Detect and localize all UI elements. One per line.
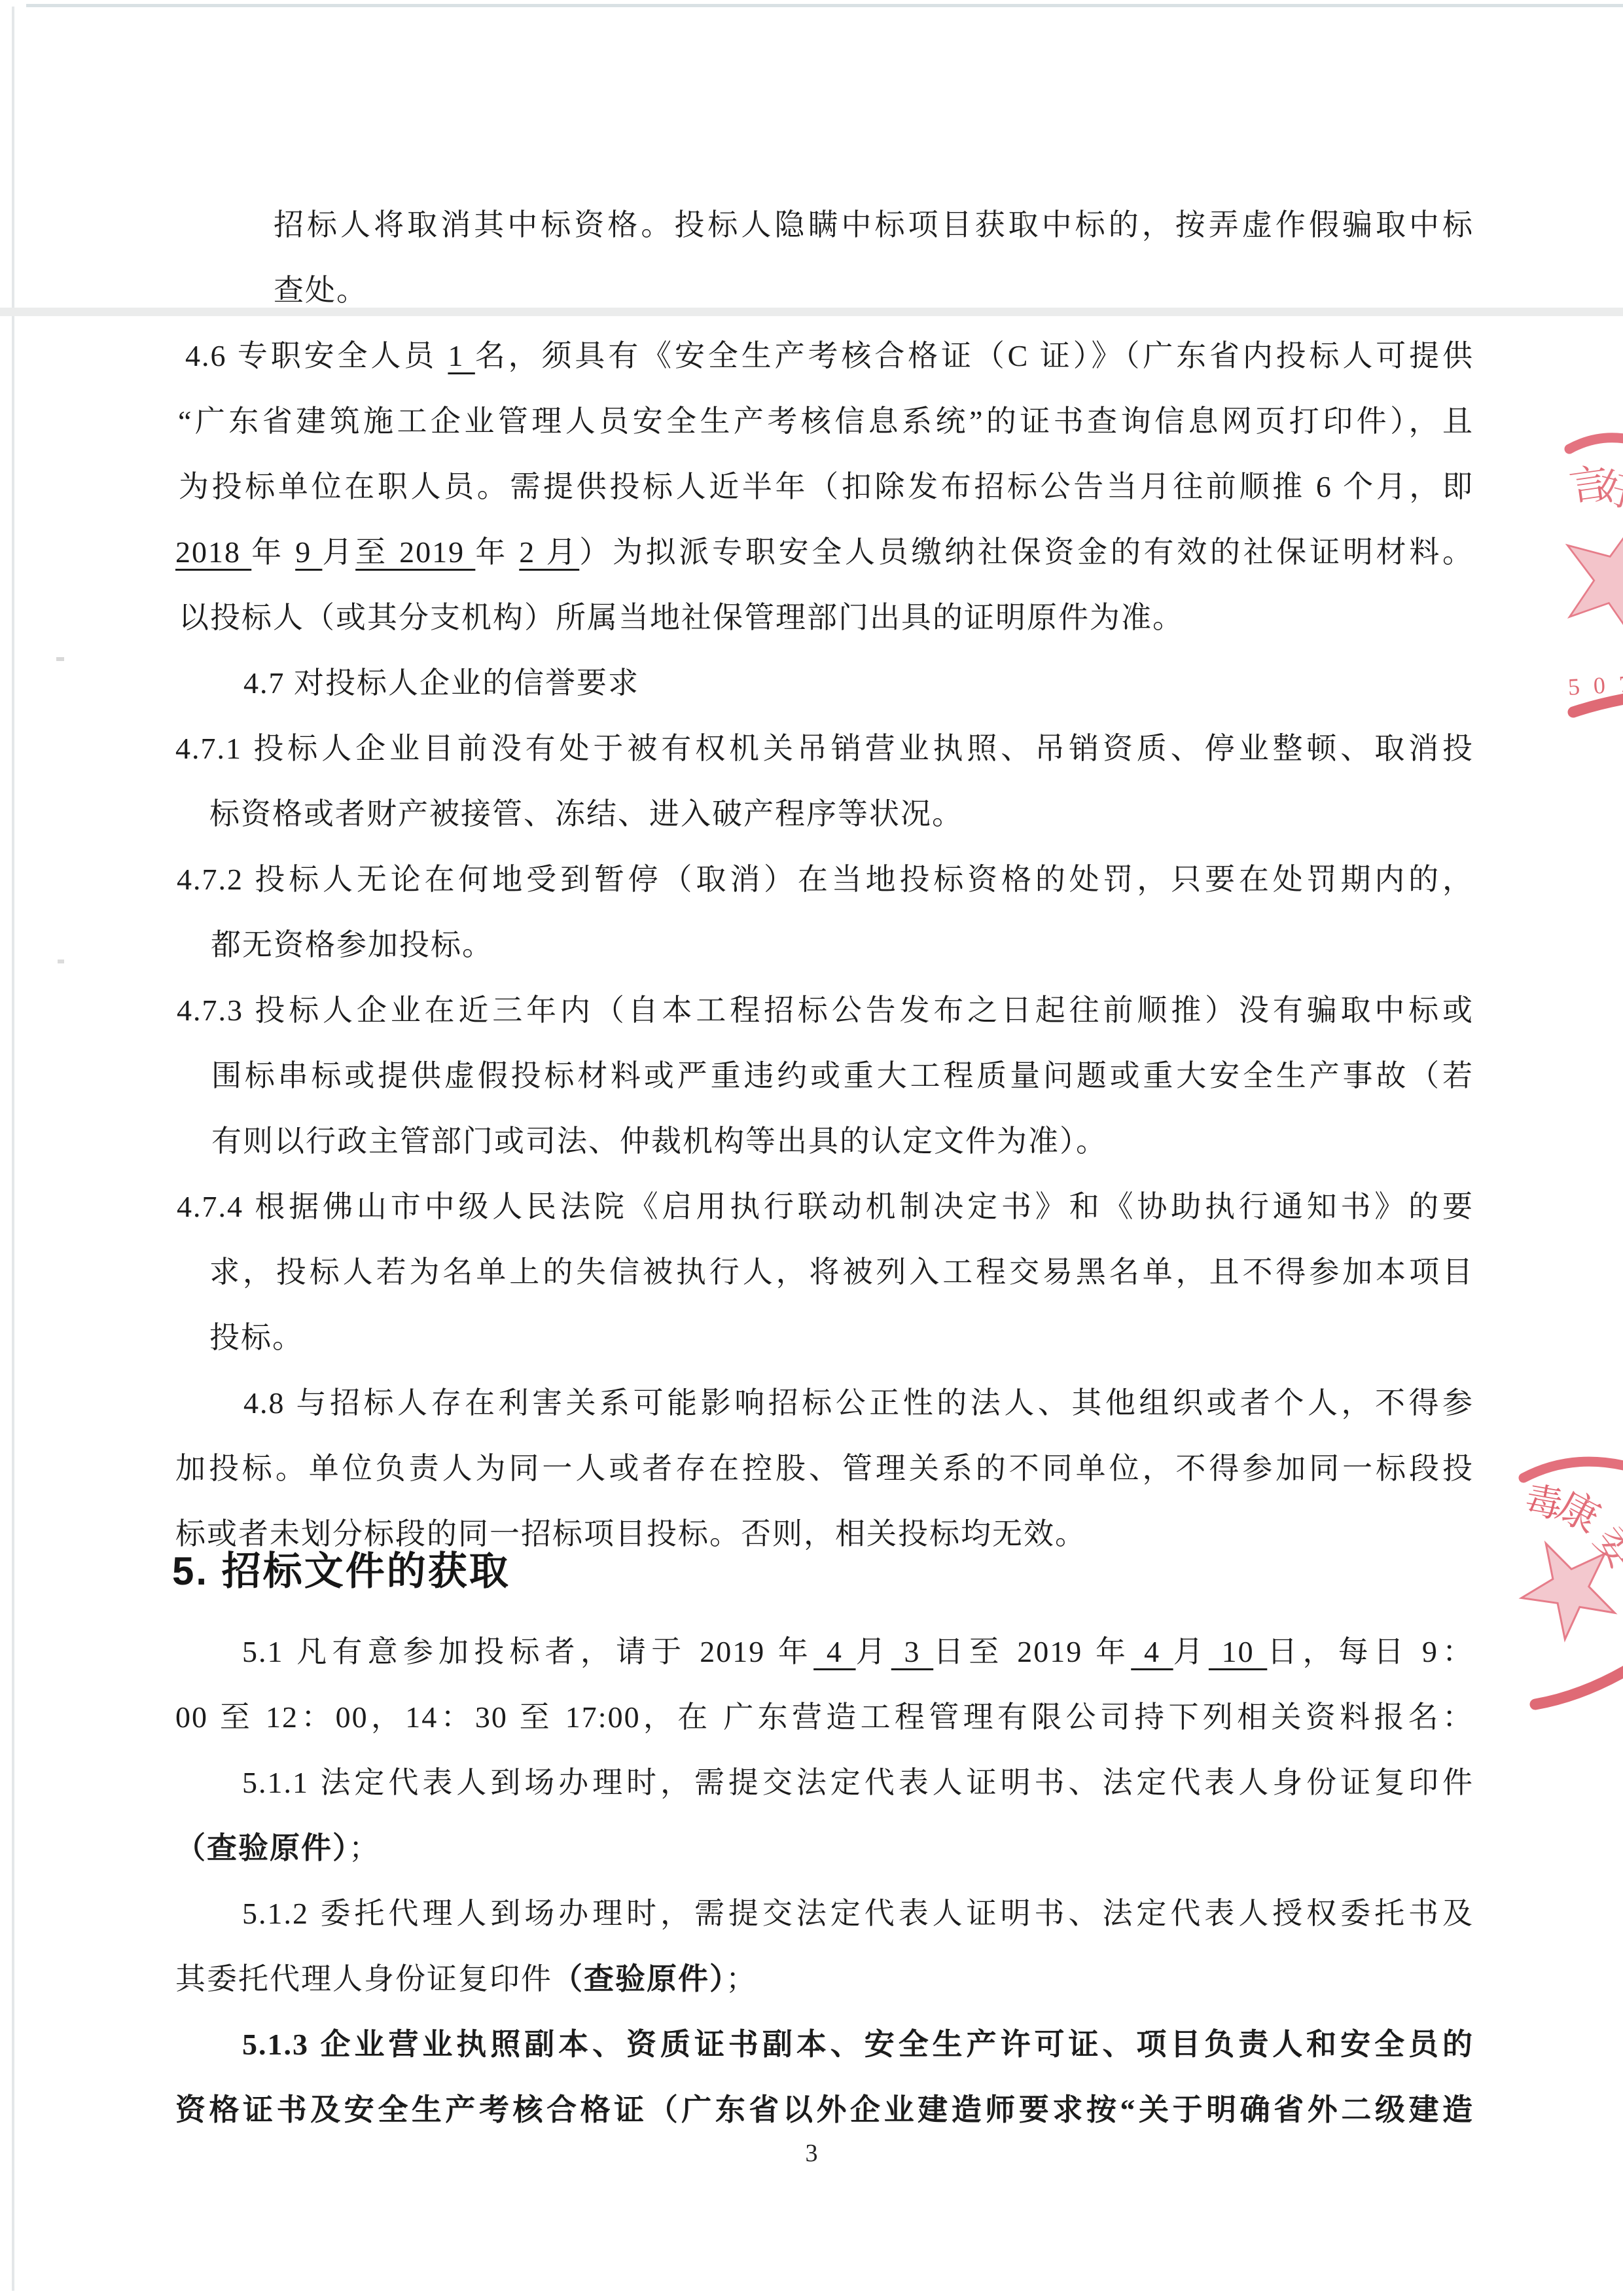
text-run: 4.7.4 根据佛山市中级人民法院《启用执行联动机制决定书》和《协助执行通知书》… [177,1190,1474,1223]
text-run: 5.1.3 企业营业执照副本、资质证书副本、安全生产许可证、项目负责人和安全员的 [242,2028,1474,2061]
text-run: 日，每日 9： [1267,1635,1474,1668]
seal-arc-top [1569,438,1623,449]
text-run: 标或者未划分标段的同一招标项目投标。否则，相关投标均无效。 [175,1517,1086,1551]
text-run: 日至 2019 年 [933,1635,1131,1668]
red-seal-top-partial: 言 好 5 0 7 [1558,419,1623,726]
clause-4-7-1-line-2: 标资格或者财产被接管、冻结、进入破产程序等状况。 [209,797,963,831]
text-run: 4.7.2 投标人无论在何地受到暂停（取消）在当地投标资格的处罚，只要在处罚期内… [177,863,1474,896]
text-run: （查验原件） [175,1831,349,1865]
text-run: 围标串标或提供虚假投标材料或严重违约或重大工程质量问题或重大安全生产事故（若 [211,1059,1474,1092]
seal-star [1558,504,1623,645]
blank-underlined-value: 1 [448,339,474,372]
section-5-heading: 5. 招标文件的获取 [172,1554,510,1588]
clause-4-8-line-2: 加投标。单位负责人为同一人或者存在控股、管理关系的不同单位，不得参加同一标段投 [175,1452,1474,1486]
clause-4-7-2-line-2: 都无资格参加投标。 [211,928,493,962]
scan-speck [58,960,64,963]
text-run: 以投标人（或其分支机构）所属当地社保管理部门出具的证明原件为准。 [179,601,1184,634]
text-run: 4.7.1 投标人企业目前没有处于被有权机关吊销营业执照、吊销资质、停业整顿、取… [175,732,1474,765]
text-run: 名，须具有《安全生产考核合格证（C 证）》（广东省内投标人可提供 [475,339,1474,372]
clause-4-7-4-line-1: 4.7.4 根据佛山市中级人民法院《启用执行联动机制决定书》和《协助执行通知书》… [177,1190,1474,1224]
text-run: 有则以行政主管部门或司法、仲裁机构等出具的认定文件为准）。 [211,1124,1107,1158]
text-run: 查处。 [274,274,368,307]
text-run: 月 [322,535,355,569]
clause-4-6-line-2: “广东省建筑施工企业管理人员安全生产考核信息系统”的证书查询信息网页打印件），且 [178,404,1474,439]
clause-4-7-3-line-2: 围标串标或提供虚假投标材料或严重违约或重大工程质量问题或重大安全生产事故（若 [211,1059,1474,1093]
clause-4-6-line-3: 为投标单位在职人员。需提供投标人近半年（扣除发布招标公告当月往前顺推 6 个月，… [179,470,1474,504]
text-run: 5.1 凡有意参加投标者，请于 2019 年 [242,1635,813,1668]
clause-4-8-line-3: 标或者未划分标段的同一招标项目投标。否则，相关投标均无效。 [175,1517,1086,1551]
text-run: 投标。 [209,1321,304,1354]
clause-continuation-line-1: 招标人将取消其中标资格。投标人隐瞒中标项目获取中标的，按弄虚作假骗取中标 [274,208,1474,242]
blank-underlined-value: 9 [295,535,322,569]
text-run: 5.1.1 法定代表人到场办理时，需提交法定代表人证明书、法定代表人身份证复印件 [242,1766,1474,1799]
text-run: 招标人将取消其中标资格。投标人隐瞒中标项目获取中标的，按弄虚作假骗取中标 [274,208,1474,242]
text-run: 4.7.3 投标人企业在近三年内（自本工程招标公告发布之日起往前顺推）没有骗取中… [177,994,1474,1027]
blank-underlined-value: 10 [1209,1635,1267,1668]
text-run: “广东省建筑施工企业管理人员安全生产考核信息系统”的证书查询信息网页打印件），且 [178,404,1474,438]
clause-5-1-line-2: 00 至 12：00，14：30 至 17:00，在 广东营造工程管理有限公司持… [175,1700,1474,1734]
clause-5-1-2-line-2: 其委托代理人身份证复印件（查验原件）； [175,1962,757,1996]
clause-4-7-1-line-1: 4.7.1 投标人企业目前没有处于被有权机关吊销营业执照、吊销资质、停业整顿、取… [175,732,1474,766]
scan-speck [56,657,64,661]
scan-artifact-band [0,308,1623,316]
clause-5-1-1-line-2: （查验原件）； [175,1831,380,1865]
clause-continuation-line-2: 查处。 [274,274,368,308]
text-run: 为投标单位在职人员。需提供投标人近半年（扣除发布招标公告当月往前顺推 6 个月，… [179,470,1474,503]
text-run: 4.7 对投标人企业的信誉要求 [243,666,639,700]
text-run: 其委托代理人身份证复印件 [175,1962,552,1996]
text-run: 资格证书及安全生产考核合格证（广东省以外企业建造师要求按“关于明确省外二级建造 [175,2093,1474,2126]
clause-4-7-4-line-3: 投标。 [209,1321,304,1355]
seal-arc-bottom [1573,699,1623,712]
blank-underlined-value: 4 [1131,1635,1173,1668]
seal-arc-top [1524,1462,1623,1478]
clause-4-7-3-line-3: 有则以行政主管部门或司法、仲裁机构等出具的认定文件为准）。 [211,1124,1107,1158]
text-run: 4.8 与招标人存在利害关系可能影响招标公正性的法人、其他组织或者个人，不得参 [243,1386,1474,1420]
clause-4-7-3-line-1: 4.7.3 投标人企业在近三年内（自本工程招标公告发布之日起往前顺推）没有骗取中… [177,994,1474,1028]
red-seal-bottom-partial: 毒 康 委 [1518,1446,1623,1761]
text-run: 年 [251,535,295,569]
text-run: 标资格或者财产被接管、冻结、进入破产程序等状况。 [209,797,963,831]
text-run: ； [726,1962,757,1996]
clause-4-7-2-line-1: 4.7.2 投标人无论在何地受到暂停（取消）在当地投标资格的处罚，只要在处罚期内… [177,863,1474,897]
text-run: 5.1.2 委托代理人到场办理时，需提交法定代表人证明书、法定代表人授权委托书及 [242,1897,1474,1930]
clause-5-1-2-line-1: 5.1.2 委托代理人到场办理时，需提交法定代表人证明书、法定代表人授权委托书及 [242,1897,1474,1931]
text-run: 00 至 12：00，14：30 至 17:00，在 广东营造工程管理有限公司持… [175,1700,1474,1734]
text-run: （查验原件） [552,1962,726,1996]
scan-edge-line-left [12,7,14,2291]
text-run: 月 [856,1635,891,1668]
clause-4-8-line-1: 4.8 与招标人存在利害关系可能影响招标公正性的法人、其他组织或者个人，不得参 [243,1386,1474,1420]
text-run: ）为拟派专职安全人员缴纳社保资金的有效的社保证明材料。 [579,535,1474,569]
page-number: 3 [0,2139,1623,2168]
blank-underlined-value: 3 [891,1635,933,1668]
text-run: 4.6 专职安全人员 [185,339,448,372]
clause-4-6-line-1: 4.6 专职安全人员 1 名，须具有《安全生产考核合格证（C 证）》（广东省内投… [185,339,1474,373]
text-run: 月 [1173,1635,1209,1668]
clause-4-6-line-5: 以投标人（或其分支机构）所属当地社保管理部门出具的证明原件为准。 [179,601,1184,635]
seal-arc-bottom [1535,1670,1623,1704]
clause-4-7-4-line-2: 求，投标人若为名单上的失信被执行人，将被列入工程交易黑名单，且不得参加本项目 [209,1255,1474,1289]
blank-underlined-value: 至 2019 [355,535,475,569]
text-run: 都无资格参加投标。 [211,928,493,961]
clause-5-1-line-1: 5.1 凡有意参加投标者，请于 2019 年 4 月 3 日至 2019 年 4… [242,1635,1474,1669]
scan-edge-line-top [26,4,1623,7]
text-run: 加投标。单位负责人为同一人或者存在控股、管理关系的不同单位，不得参加同一标段投 [175,1452,1474,1485]
clause-5-1-3-line-1: 5.1.3 企业营业执照副本、资质证书副本、安全生产许可证、项目负责人和安全员的 [242,2028,1474,2062]
blank-underlined-value: 2018 [175,535,251,569]
text-run: 求，投标人若为名单上的失信被执行人，将被列入工程交易黑名单，且不得参加本项目 [209,1255,1474,1289]
clause-5-1-3-line-2: 资格证书及安全生产考核合格证（广东省以外企业建造师要求按“关于明确省外二级建造 [175,2093,1474,2127]
text-run: ； [349,1831,380,1865]
blank-underlined-value: 2 月 [519,535,579,569]
clause-5-1-1-line-1: 5.1.1 法定代表人到场办理时，需提交法定代表人证明书、法定代表人身份证复印件 [242,1766,1474,1800]
clause-4-6-line-4: 2018 年 9 月至 2019 年 2 月）为拟派专职安全人员缴纳社保资金的有… [175,535,1474,569]
blank-underlined-value: 4 [813,1635,855,1668]
text-run: 年 [475,535,519,569]
scanned-tender-document-page: 招标人将取消其中标资格。投标人隐瞒中标项目获取中标的，按弄虚作假骗取中标 查处。… [0,0,1623,2296]
clause-4-7-heading: 4.7 对投标人企业的信誉要求 [243,666,639,700]
